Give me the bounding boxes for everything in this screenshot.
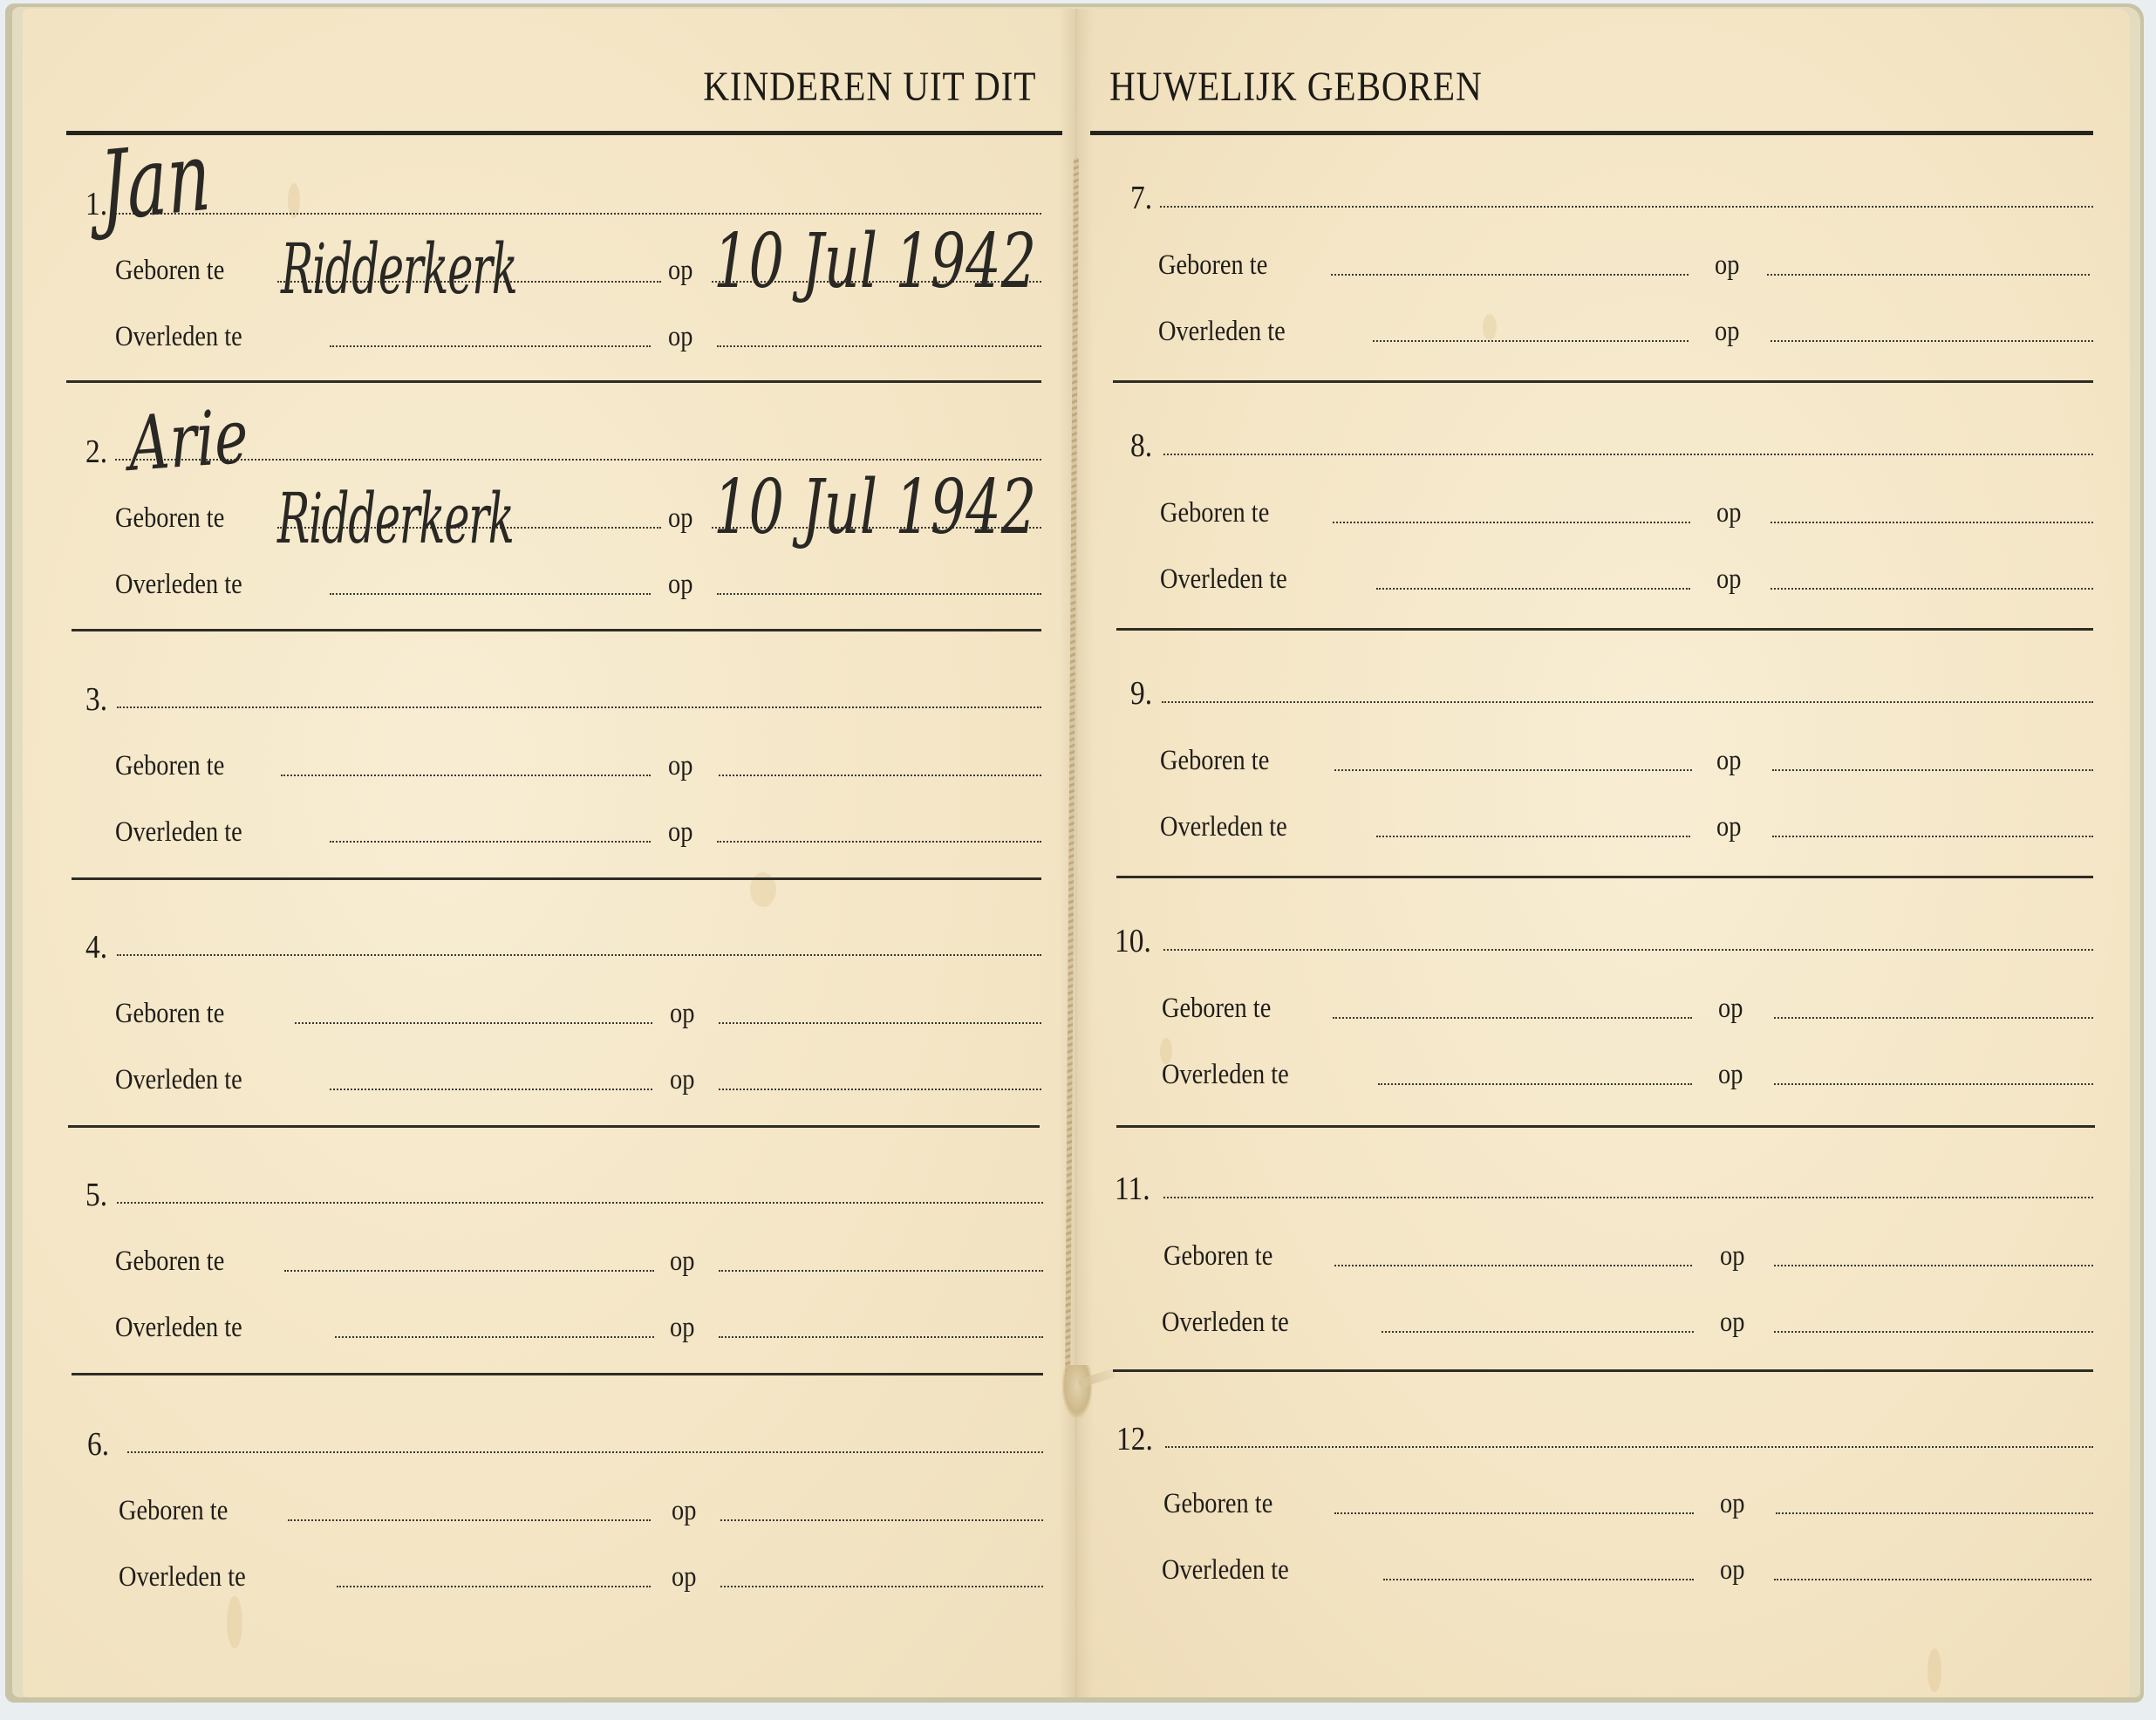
died-place-field[interactable] [330, 1089, 652, 1090]
name-field[interactable] [1163, 949, 2093, 951]
entry-divider [1116, 876, 2093, 878]
died-place-field[interactable] [335, 1336, 654, 1338]
handwritten-born-place: Ridderkerk [281, 229, 517, 310]
entry-divider [1116, 628, 2093, 631]
born-label: Geboren te [1160, 745, 1269, 777]
header-rule-right [1090, 131, 2093, 135]
name-field[interactable] [115, 459, 1041, 461]
entry-number: 2. [85, 433, 107, 471]
name-field[interactable] [117, 706, 1041, 708]
paper-stain [1483, 314, 1497, 340]
born-label: Geboren te [1163, 1488, 1272, 1520]
entry-number: 10. [1115, 922, 1151, 960]
name-field[interactable] [117, 1202, 1043, 1204]
paper-stain [227, 1596, 242, 1648]
born-label: Geboren te [115, 750, 224, 782]
name-field[interactable] [1160, 206, 2093, 208]
handwritten-name: Arie [127, 393, 249, 488]
died-on-label: op [668, 321, 693, 353]
entry-divider [68, 1125, 1040, 1128]
born-place-field[interactable] [281, 775, 651, 776]
died-place-field[interactable] [1383, 1579, 1694, 1580]
entry-divider [72, 877, 1041, 880]
born-place-field[interactable] [1331, 274, 1689, 276]
handwritten-born-date: 10 Jul 1942 [713, 464, 1036, 551]
born-label: Geboren te [1158, 249, 1267, 282]
entry-number: 11. [1115, 1170, 1150, 1208]
born-on-label: op [672, 1495, 696, 1527]
born-place-field[interactable] [284, 1270, 654, 1272]
died-date-field[interactable] [1771, 588, 2093, 590]
died-date-field[interactable] [719, 1089, 1041, 1090]
born-place-field[interactable] [1334, 1512, 1694, 1514]
died-label: Overleden te [1160, 563, 1287, 596]
born-on-label: op [1720, 1488, 1744, 1520]
born-on-label: op [668, 255, 693, 287]
born-date-field[interactable] [1774, 1265, 2093, 1266]
died-label: Overleden te [1162, 1307, 1289, 1339]
died-label: Overleden te [115, 321, 242, 353]
born-date-field[interactable] [1767, 274, 2090, 276]
born-date-field[interactable] [1771, 522, 2093, 523]
died-on-label: op [1716, 811, 1741, 843]
died-place-field[interactable] [1376, 588, 1690, 590]
died-label: Overleden te [115, 1064, 242, 1096]
entry-number: 5. [85, 1176, 107, 1214]
entry-divider [66, 380, 1041, 383]
page-title-right: HUWELIJK GEBOREN [1109, 63, 1483, 111]
born-date-field[interactable] [720, 1519, 1043, 1521]
born-date-field[interactable] [1772, 769, 2093, 771]
died-place-field[interactable] [1378, 1083, 1692, 1085]
binding-knot [1062, 1365, 1092, 1417]
died-date-field[interactable] [1772, 836, 2093, 837]
died-place-field[interactable] [1373, 340, 1689, 342]
died-place-field[interactable] [330, 345, 651, 347]
page-title-left: KINDEREN UIT DIT [703, 63, 1036, 111]
name-field[interactable] [1163, 454, 2093, 455]
died-on-label: op [1720, 1554, 1744, 1587]
born-label: Geboren te [119, 1495, 228, 1527]
born-on-label: op [1720, 1240, 1744, 1273]
born-place-field[interactable] [295, 1022, 652, 1024]
born-date-field[interactable] [1774, 1017, 2093, 1019]
died-date-field[interactable] [717, 841, 1041, 843]
name-field[interactable] [115, 213, 1041, 215]
died-on-label: op [1716, 563, 1741, 596]
died-place-field[interactable] [330, 593, 651, 595]
died-label: Overleden te [115, 816, 242, 849]
died-label: Overleden te [1162, 1059, 1289, 1091]
entry-number: 4. [85, 928, 107, 966]
born-on-label: op [668, 502, 693, 535]
born-label: Geboren te [115, 1246, 224, 1278]
died-date-field[interactable] [717, 345, 1041, 347]
handwritten-name: Jan [98, 120, 213, 242]
died-on-label: op [1720, 1307, 1744, 1339]
born-on-label: op [668, 750, 693, 782]
entry-divider [1116, 1125, 2095, 1128]
entry-number: 7. [1130, 179, 1152, 217]
died-date-field[interactable] [720, 1586, 1043, 1587]
born-label: Geboren te [1163, 1240, 1272, 1273]
died-place-field[interactable] [330, 841, 651, 843]
entry-number: 8. [1130, 427, 1152, 465]
died-label: Overleden te [1158, 316, 1286, 348]
name-field[interactable] [1163, 1197, 2093, 1198]
born-date-field[interactable] [1776, 1512, 2093, 1514]
died-date-field[interactable] [1771, 340, 2093, 342]
born-label: Geboren te [115, 502, 224, 535]
died-place-field[interactable] [1376, 836, 1690, 837]
entry-number: 9. [1130, 674, 1152, 713]
died-on-label: op [670, 1312, 694, 1344]
died-date-field[interactable] [1774, 1579, 2091, 1580]
name-field[interactable] [1165, 1446, 2093, 1448]
died-label: Overleden te [115, 569, 242, 601]
born-place-field[interactable] [1334, 1265, 1692, 1266]
entry-divider [1113, 1369, 2093, 1372]
paper-stain [1927, 1648, 1941, 1692]
born-on-label: op [1718, 993, 1743, 1025]
entry-number: 3. [85, 680, 107, 719]
born-label: Geboren te [1162, 993, 1271, 1025]
entry-number: 12. [1116, 1420, 1153, 1458]
died-date-field[interactable] [1774, 1331, 2093, 1333]
born-on-label: op [1716, 745, 1741, 777]
born-place-field[interactable] [1334, 769, 1692, 771]
born-on-label: op [1716, 497, 1741, 529]
born-date-field[interactable] [719, 1022, 1041, 1024]
died-date-field[interactable] [719, 1336, 1043, 1338]
died-label: Overleden te [1162, 1554, 1289, 1587]
born-place-field[interactable] [1333, 522, 1690, 523]
handwritten-born-place: Ridderkerk [277, 478, 514, 559]
born-label: Geboren te [115, 998, 224, 1030]
born-date-field[interactable] [719, 775, 1041, 776]
handwritten-born-date: 10 Jul 1942 [713, 218, 1036, 305]
died-place-field[interactable] [1382, 1331, 1694, 1333]
born-on-label: op [1715, 249, 1739, 282]
died-date-field[interactable] [1774, 1083, 2093, 1085]
died-on-label: op [668, 569, 693, 601]
entry-divider [72, 1373, 1043, 1375]
born-on-label: op [670, 1246, 694, 1278]
name-field[interactable] [1162, 701, 2093, 703]
born-place-field[interactable] [288, 1519, 651, 1521]
born-date-field[interactable] [719, 1270, 1043, 1272]
entry-divider [72, 629, 1041, 631]
born-on-label: op [670, 998, 694, 1030]
died-on-label: op [672, 1561, 696, 1594]
born-label: Geboren te [115, 255, 224, 287]
entry-number: 6. [87, 1425, 109, 1464]
entry-divider [1113, 380, 2093, 383]
died-label: Overleden te [115, 1312, 242, 1344]
died-label: Overleden te [119, 1561, 246, 1594]
died-on-label: op [668, 816, 693, 849]
name-field[interactable] [117, 954, 1041, 956]
died-place-field[interactable] [337, 1586, 651, 1587]
died-on-label: op [670, 1064, 694, 1096]
born-label: Geboren te [1160, 497, 1269, 529]
died-label: Overleden te [1160, 811, 1287, 843]
name-field[interactable] [127, 1451, 1043, 1453]
died-date-field[interactable] [717, 593, 1041, 595]
died-on-label: op [1718, 1059, 1743, 1091]
header-rule-left [66, 131, 1062, 135]
born-place-field[interactable] [1333, 1017, 1692, 1019]
died-on-label: op [1715, 316, 1739, 348]
